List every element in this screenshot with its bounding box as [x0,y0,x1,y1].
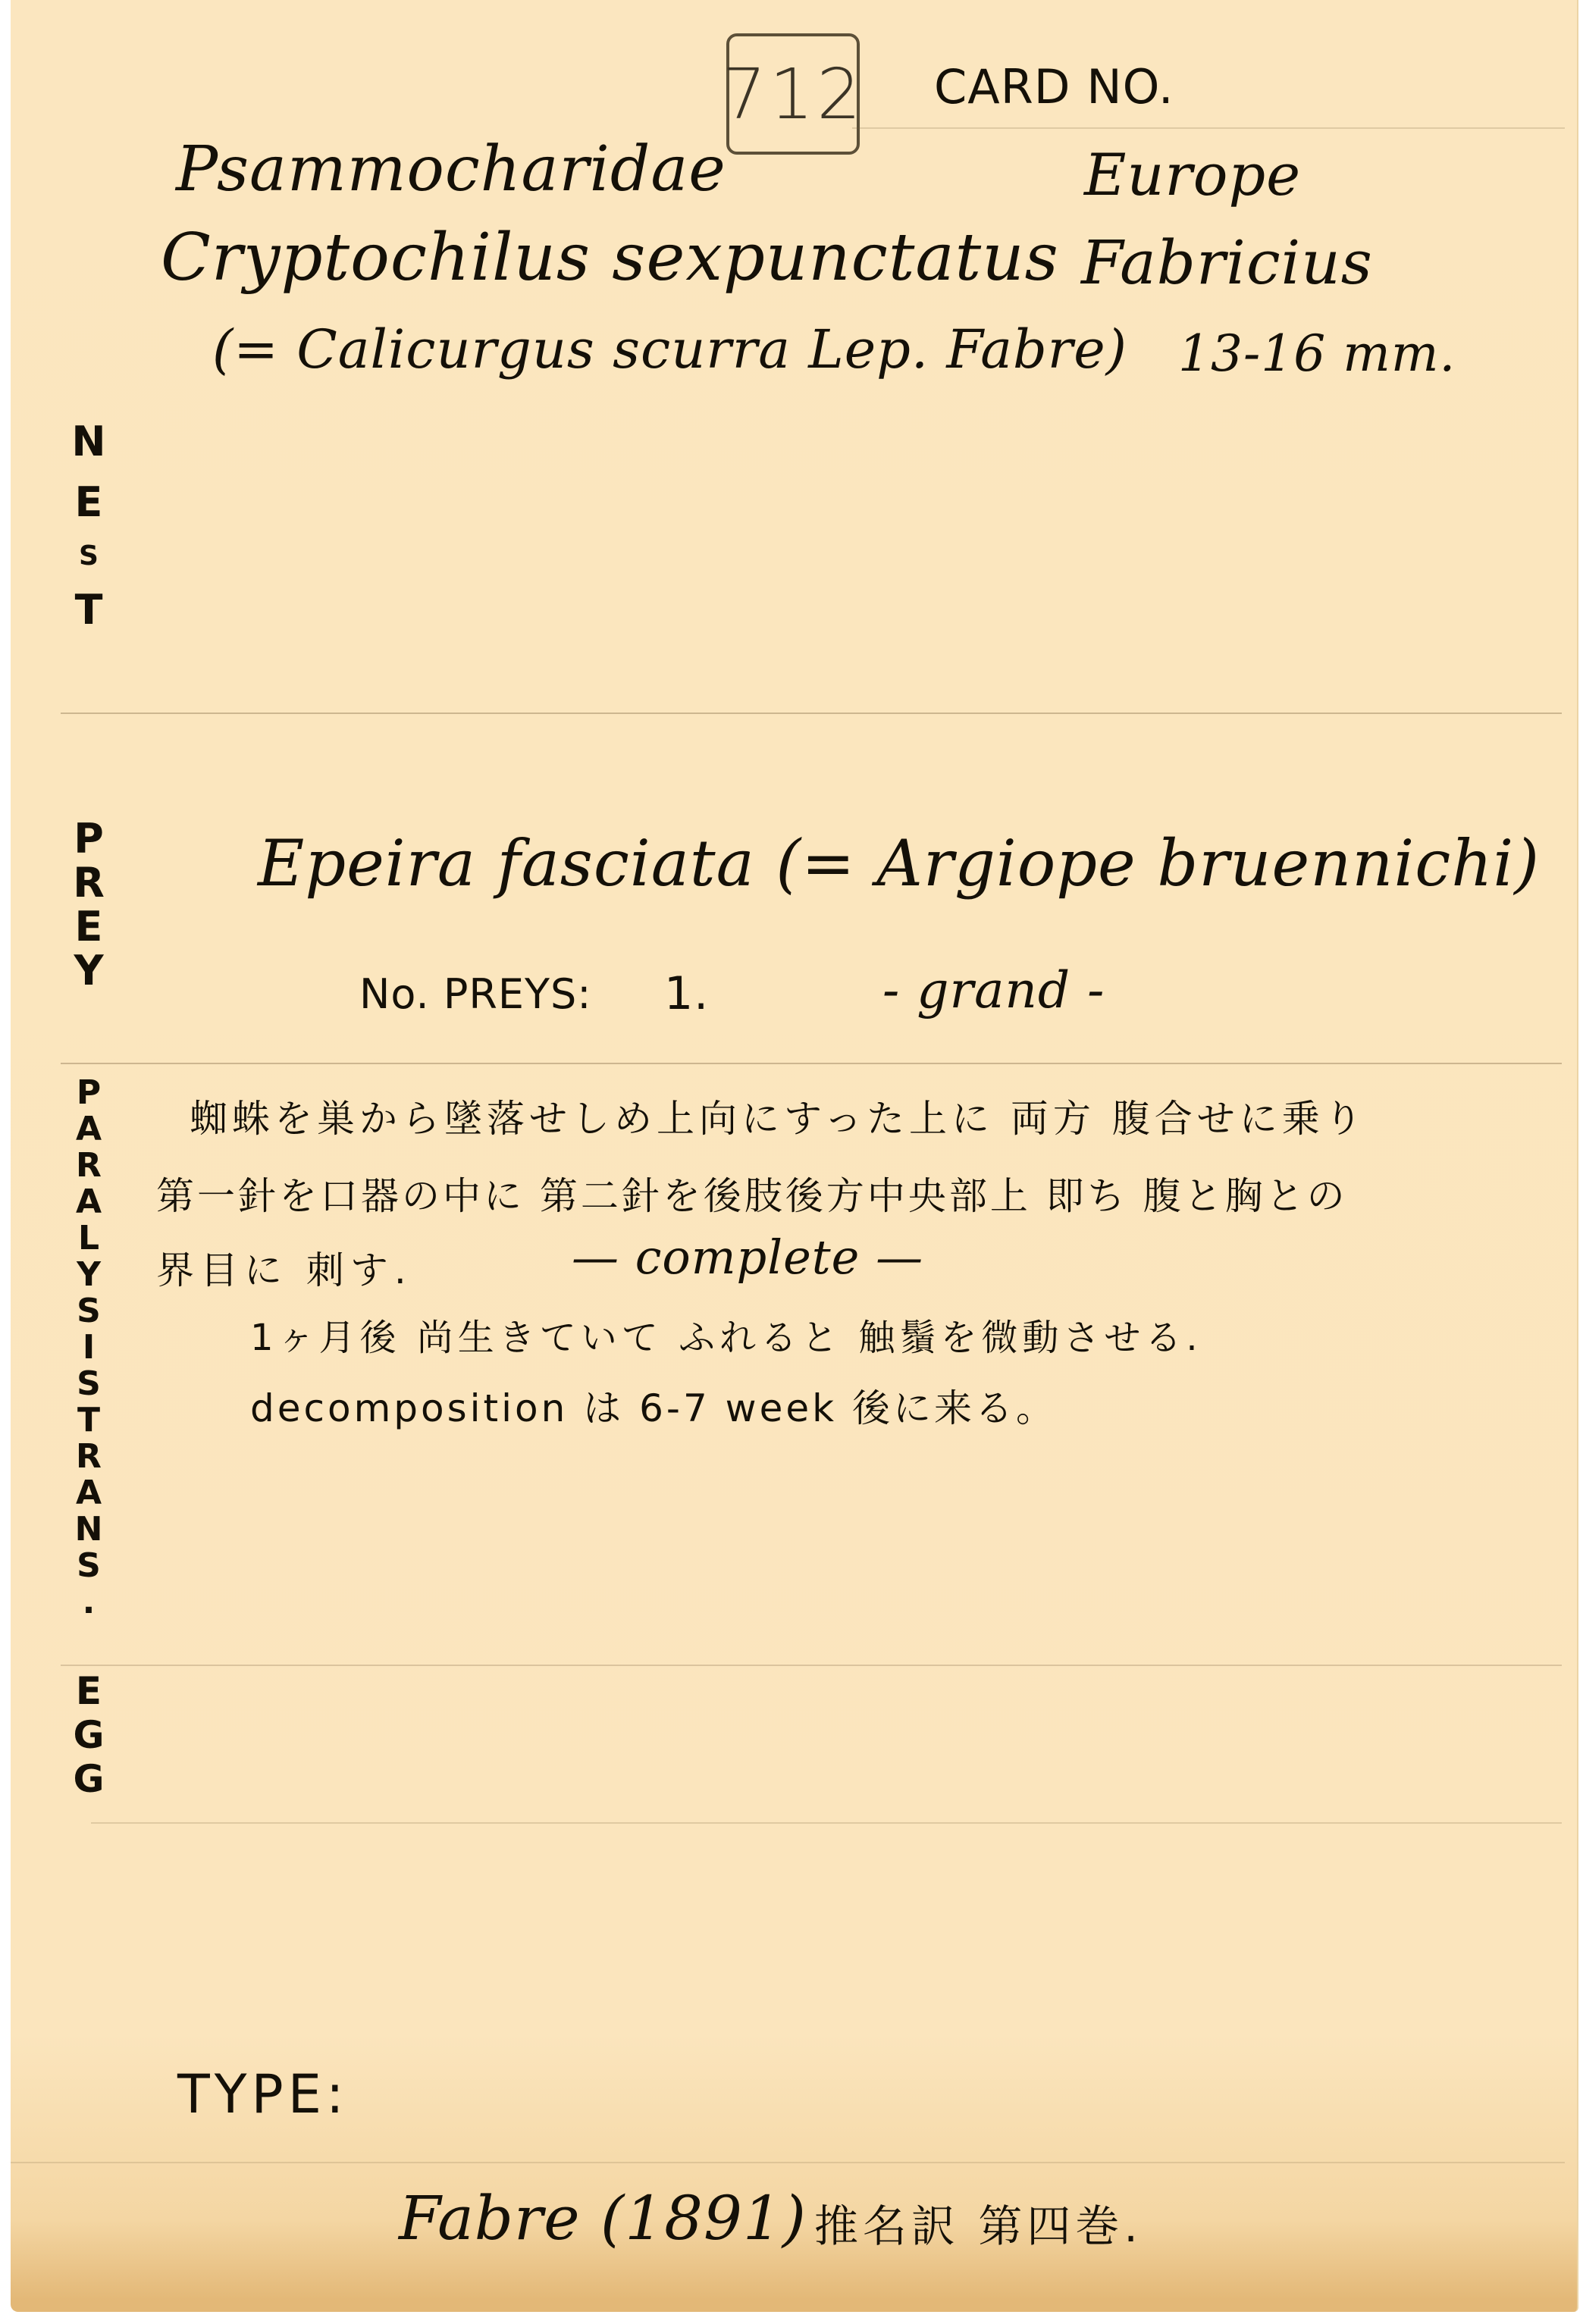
species-synonym: (= Calicurgus scurra Lep. Fabre) [212,318,1127,381]
prey-section-label: P R E Y [62,819,115,991]
paralysis-note-line-3: 界目に 刺す. [156,1240,412,1295]
paralysis-trans-section-label: P A R A L Y S I S T R A N S . [62,1076,115,1619]
prey-count-label: No. PREYS: [359,970,591,1018]
prey-section-divider [61,1063,1562,1064]
species-size: 13-16 mm. [1178,324,1456,383]
family-name: Psammocharidae [176,133,726,205]
type-reference: Fabre (1891) [399,2183,807,2254]
nest-section-divider [61,713,1562,714]
paralysis-note-line-4: 1ヶ月後 尚生きていて ふれると 触鬚を微動させる. [250,1308,1202,1361]
species-name: Cryptochilus sexpunctatus [161,220,1059,296]
species-author: Fabricius [1081,227,1373,298]
prey-size-note: - grand - [882,961,1105,1019]
region: Europe [1084,141,1301,208]
card-number: 712 [722,54,864,135]
paralysis-note-line-2: 第一針を口器の中に 第二針を後肢後方中央部上 即ち 腹と胸との [156,1166,1348,1220]
card-number-label: CARD NO. [934,59,1174,114]
index-card: 712 CARD NO. Psammocharidae Europe Crypt… [11,0,1578,2312]
prey-count-value: 1. [664,967,709,1020]
paralysis-section-divider [61,1665,1562,1666]
paralysis-complete-note: — complete — [572,1229,923,1285]
prey-species: Epeira fasciata (= Argiope bruennichi) [258,826,1540,900]
paralysis-note-line-1: 蜘蛛を巣から墜落せしめ上向にすった上に 両方 腹合せに乗り [190,1088,1367,1143]
type-reference-japanese: 推名訳 第四巻. [814,2191,1143,2254]
card-number-box: 712 [726,33,860,155]
header-rule [852,127,1565,129]
type-label: TYPE: [177,2063,349,2125]
type-section-divider [11,2162,1565,2163]
nest-section-label: N E S T [62,421,115,631]
egg-section-divider [91,1822,1562,1824]
egg-section-label: E G G [62,1672,115,1798]
paralysis-note-line-5: decomposition は 6-7 week 後に来る。 [250,1378,1057,1433]
